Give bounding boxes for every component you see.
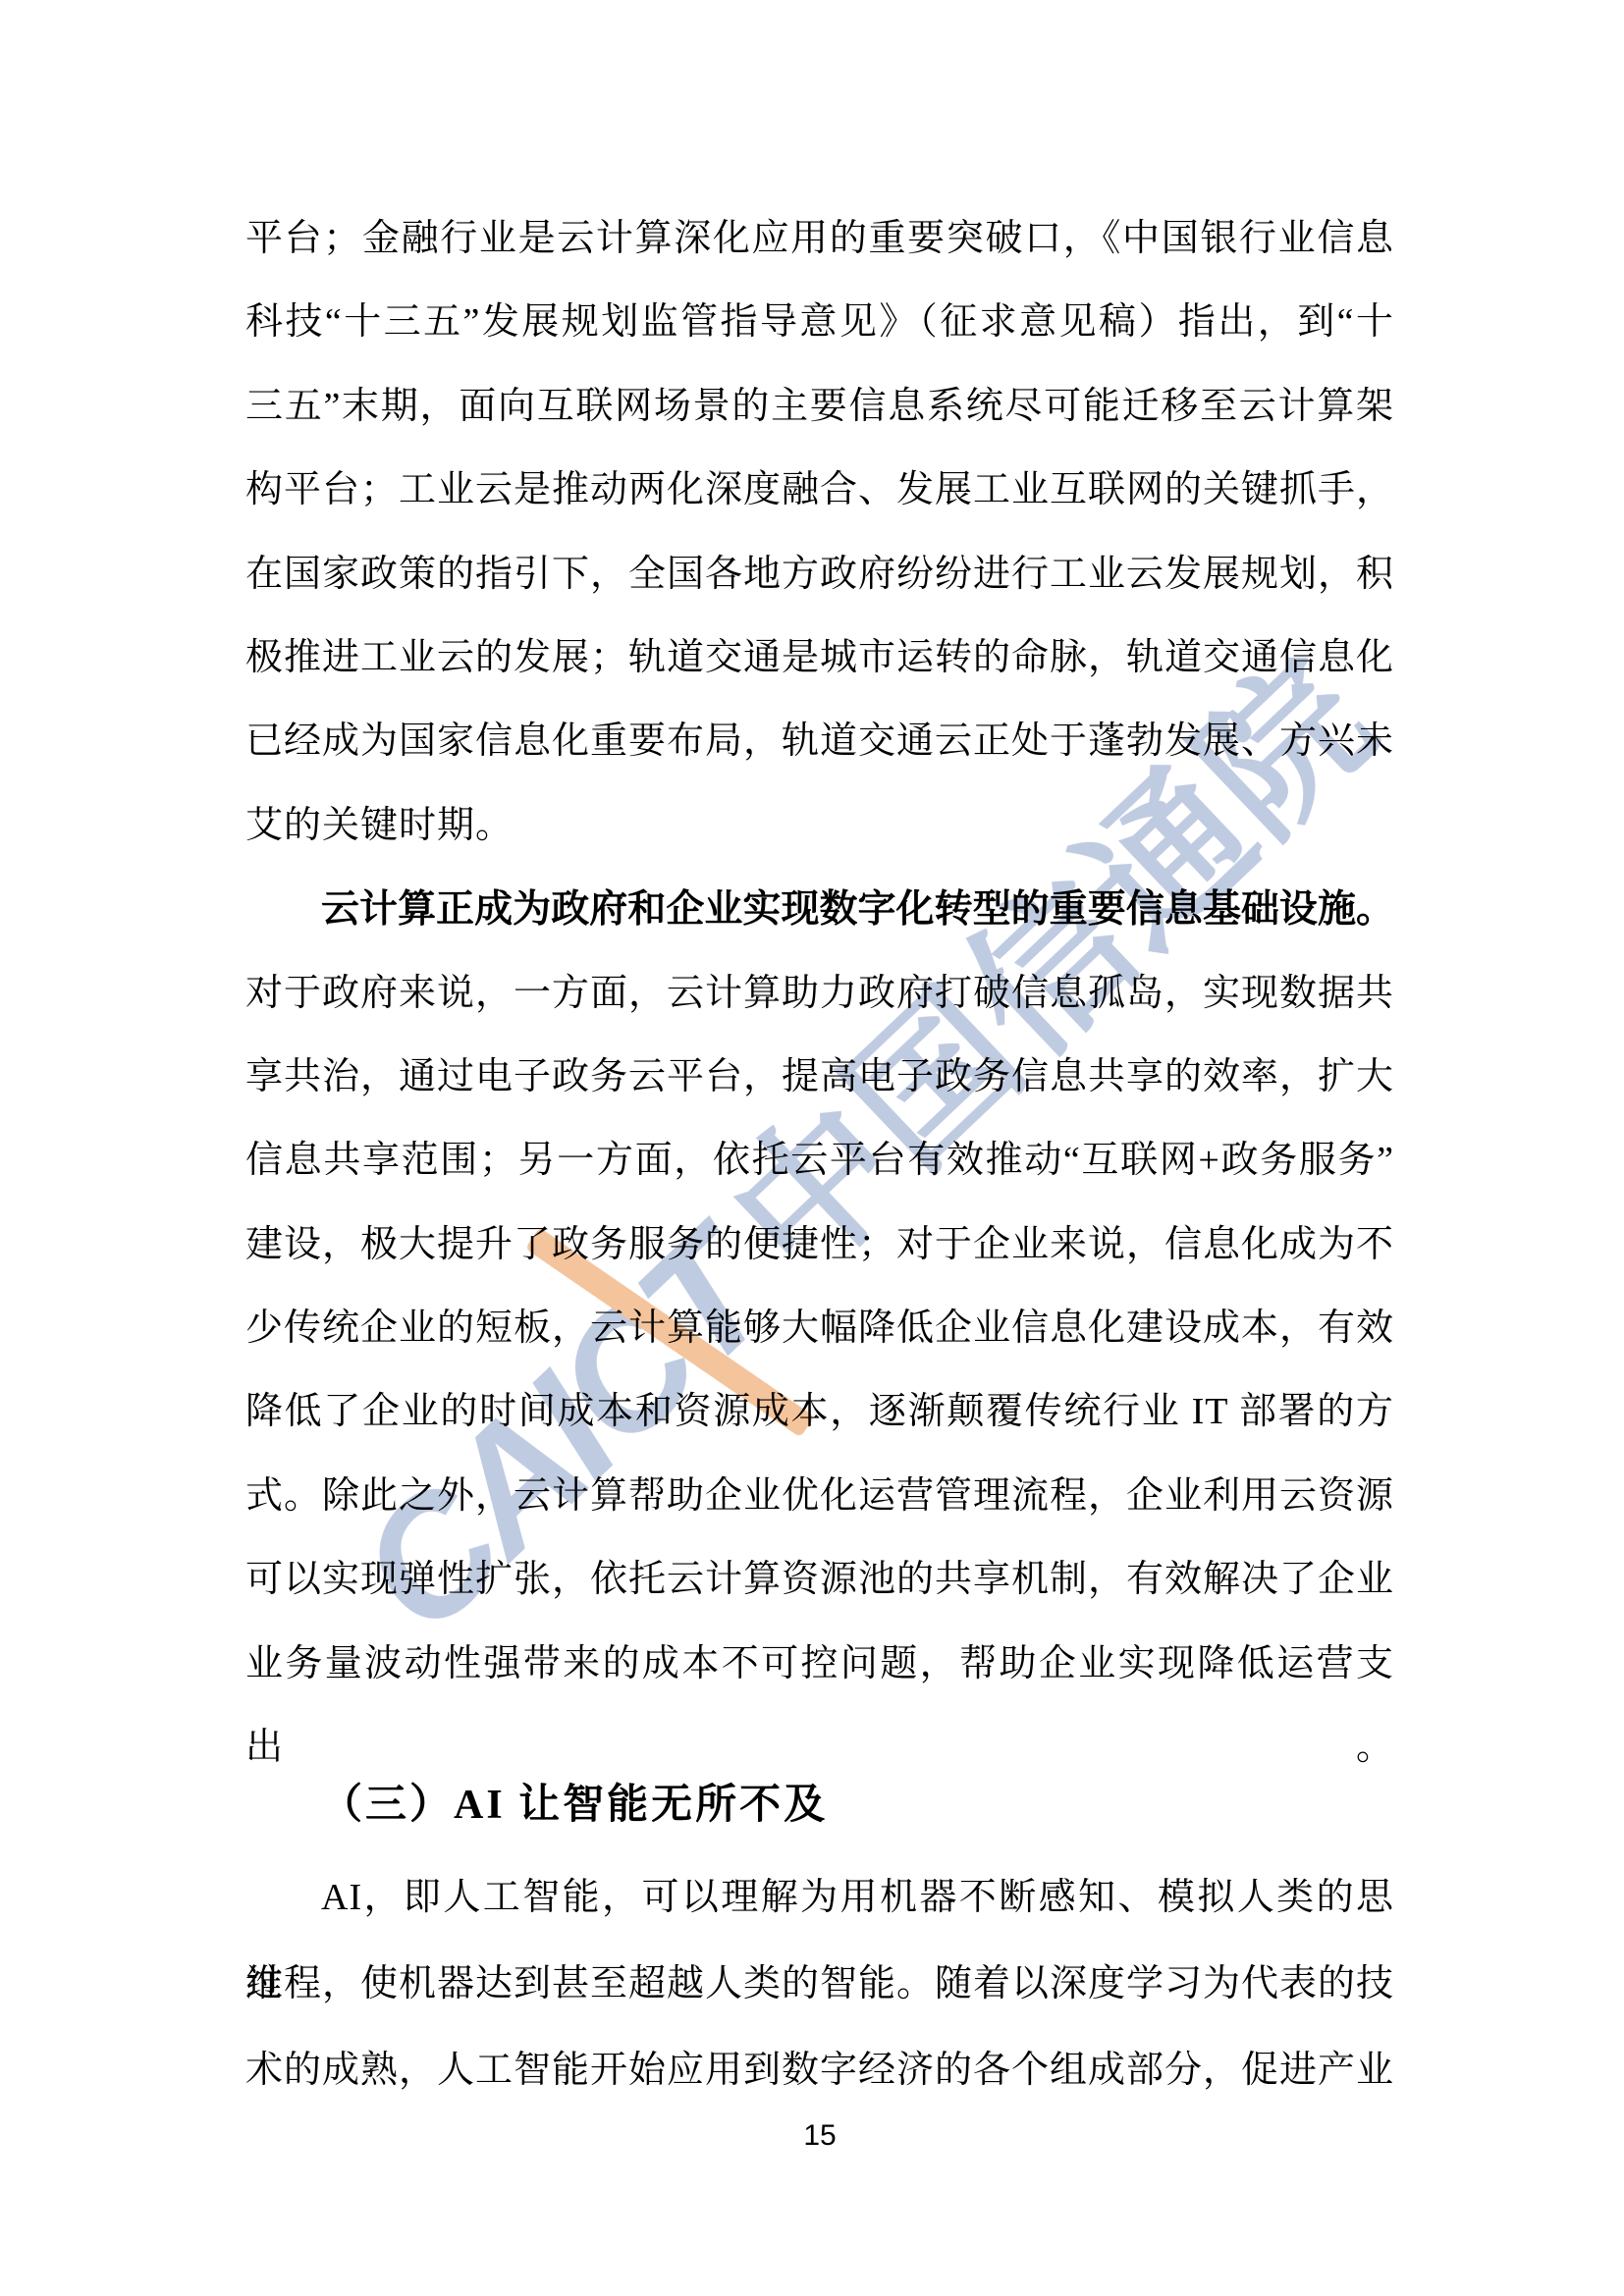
- text-line: 已经成为国家信息化重要布局，轨道交通云正处于蓬勃发展、方兴未: [245, 700, 1394, 783]
- text-line: 构平台；工业云是推动两化深度融合、发展工业互联网的关键抓手，: [245, 449, 1394, 532]
- section-heading: （三）AI 让智能无所不及: [245, 1760, 1394, 1850]
- section-heading-block: （三）AI 让智能无所不及: [245, 1760, 1394, 1850]
- page-footer: 15: [245, 2116, 1394, 2156]
- text-line: 三五”末期，面向互联网场景的主要信息系统尽可能迁移至云计算架: [245, 365, 1394, 449]
- paragraph-2-bold-lead: 云计算正成为政府和企业实现数字化转型的重要信息基础设施。: [245, 868, 1394, 951]
- text-line: 科技“十三五”发展规划监管指导意见》（征求意见稿）指出，到“十: [245, 281, 1394, 364]
- paragraph-3: AI，即人工智能，可以理解为用机器不断感知、模拟人类的思维 过程，使机器达到甚至…: [245, 1854, 1394, 2113]
- page-number: 15: [803, 2119, 836, 2152]
- text-line: 术的成熟，人工智能开始应用到数字经济的各个组成部分，促进产业: [245, 2027, 1394, 2113]
- document-body: 平台；金融行业是云计算深化应用的重要突破口，《中国银行业信息科技“十三五”发展规…: [245, 197, 1394, 1706]
- text-line: 降低了企业的时间成本和资源成本，逐渐颠覆传统行业 IT 部署的方: [245, 1370, 1394, 1454]
- paragraph-3-rest: 过程，使机器达到甚至超越人类的智能。随着以深度学习为代表的技术的成熟，人工智能开…: [245, 1941, 1394, 2113]
- paragraph-1: 平台；金融行业是云计算深化应用的重要突破口，《中国银行业信息科技“十三五”发展规…: [245, 197, 1394, 784]
- paragraph-1-last-line: 艾的关键时期。: [245, 784, 1394, 868]
- text-line: 建设，极大提升了政务服务的便捷性；对于企业来说，信息化成为不: [245, 1203, 1394, 1287]
- text-line: 享共治，通过电子政务云平台，提高电子政务信息共享的效率，扩大: [245, 1036, 1394, 1119]
- text-line: 少传统企业的短板，云计算能够大幅降低企业信息化建设成本，有效: [245, 1287, 1394, 1370]
- paragraph-2: 对于政府来说，一方面，云计算助力政府打破信息孤岛，实现数据共享共治，通过电子政务…: [245, 952, 1394, 1707]
- text-line: 对于政府来说，一方面，云计算助力政府打破信息孤岛，实现数据共: [245, 952, 1394, 1036]
- text-line: 业务量波动性强带来的成本不可控问题，帮助企业实现降低运营支出。: [245, 1623, 1394, 1706]
- text-line: 过程，使机器达到甚至超越人类的智能。随着以深度学习为代表的技: [245, 1941, 1394, 2027]
- text-line: 信息共享范围；另一方面，依托云平台有效推动“互联网+政务服务”: [245, 1119, 1394, 1202]
- text-line: 式。除此之外，云计算帮助企业优化运营管理流程，企业利用云资源: [245, 1455, 1394, 1538]
- text-line: 平台；金融行业是云计算深化应用的重要突破口，《中国银行业信息: [245, 197, 1394, 281]
- text-line: 在国家政策的指引下，全国各地方政府纷纷进行工业云发展规划，积: [245, 533, 1394, 616]
- text-line: 可以实现弹性扩张，依托云计算资源池的共享机制，有效解决了企业: [245, 1538, 1394, 1622]
- paragraph-3-first-line: AI，即人工智能，可以理解为用机器不断感知、模拟人类的思维: [245, 1854, 1394, 1941]
- text-line: 极推进工业云的发展；轨道交通是城市运转的命脉，轨道交通信息化: [245, 616, 1394, 700]
